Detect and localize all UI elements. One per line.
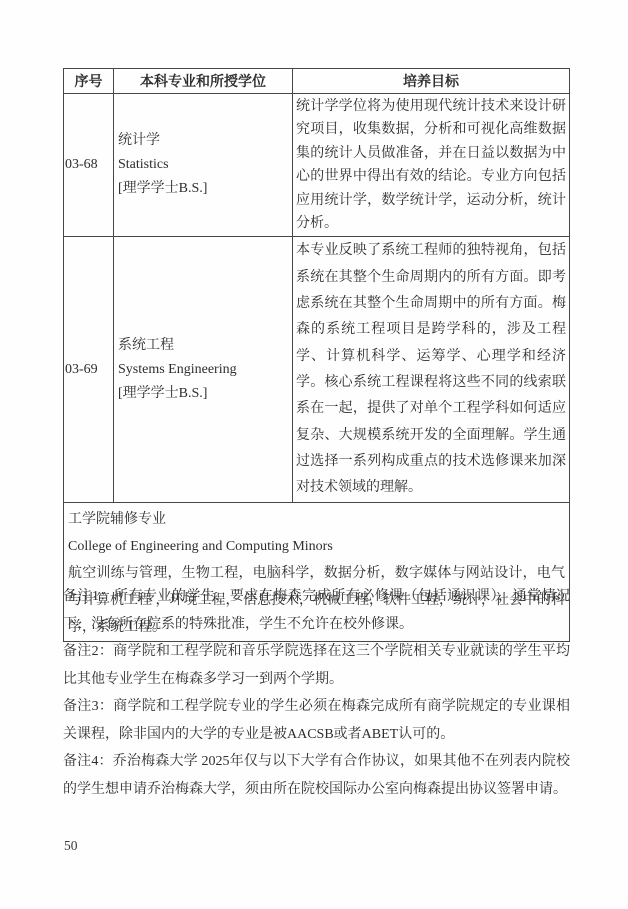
note-2-text: 商学院和工程学院和音乐学院选择在这三个学院相关专业就读的学生平均比其他专业学生在… [63,644,570,687]
note-3: 备注3：商学院和工程学院专业的学生必须在梅森完成所有商学院规定的专业课相关课程，… [63,693,570,748]
major-name-cn: 系统工程 [118,334,290,358]
table-row-statistics: 03-68 统计学 Statistics [理学学士B.S.] 统计学学位将为使… [64,94,570,237]
major-cell: 统计学 Statistics [理学学士B.S.] [114,94,293,237]
note-4-label: 备注4： [63,754,113,769]
notes-section: 备注1：所有专业的学生，要求在梅森完成所有必修课（包括通识课），通常情况下，没有… [63,583,570,803]
table-header-row: 序号 本科专业和所授学位 培养目标 [64,69,570,94]
note-2-label: 备注2： [63,644,113,659]
degree-label: [理学学士B.S.] [118,382,290,406]
objective-cell: 本专业反映了系统工程师的独特视角，包括系统在其整个生命周期内的所有方面。即考虑系… [293,237,570,503]
document-page: 序号 本科专业和所授学位 培养目标 03-68 统计学 Statistics [… [0,0,628,909]
objective-cell: 统计学学位将为使用现代统计技术来设计研究项目，收集数据，分析和可视化高维数据集的… [293,94,570,237]
note-3-text: 商学院和工程学院专业的学生必须在梅森完成所有商学院规定的专业课相关课程，除非国内… [63,699,570,742]
note-2: 备注2：商学院和工程学院和音乐学院选择在这三个学院相关专业就读的学生平均比其他专… [63,638,570,693]
note-3-label: 备注3： [63,699,113,714]
major-name-en: Statistics [118,153,290,177]
note-1: 备注1：所有专业的学生，要求在梅森完成所有必修课（包括通识课），通常情况下，没有… [63,583,570,638]
col-header-number: 序号 [64,69,114,94]
note-1-text: 所有专业的学生，要求在梅森完成所有必修课（包括通识课），通常情况下，没有所在院系… [63,589,570,632]
major-name-en: Systems Engineering [118,358,290,382]
degree-label: [理学学士B.S.] [118,177,290,201]
major-name-cn: 统计学 [118,129,290,153]
table-row-systems-engineering: 03-69 系统工程 Systems Engineering [理学学士B.S.… [64,237,570,503]
row-number-cell: 03-68 [64,94,114,237]
minors-title-cn: 工学院辅修专业 [68,506,565,533]
minors-title-en: College of Engineering and Computing Min… [68,533,565,560]
note-4-text: 乔治梅森大学 2025年仅与以下大学有合作协议，如果其他不在列表内院校的学生想申… [63,754,570,797]
note-4: 备注4：乔治梅森大学 2025年仅与以下大学有合作协议，如果其他不在列表内院校的… [63,748,570,803]
note-1-label: 备注1： [63,589,114,604]
page-number: 50 [64,838,78,854]
col-header-major-degree: 本科专业和所授学位 [114,69,293,94]
major-cell: 系统工程 Systems Engineering [理学学士B.S.] [114,237,293,503]
row-number-cell: 03-69 [64,237,114,503]
col-header-objective: 培养目标 [293,69,570,94]
majors-table: 序号 本科专业和所授学位 培养目标 03-68 统计学 Statistics [… [63,68,570,642]
